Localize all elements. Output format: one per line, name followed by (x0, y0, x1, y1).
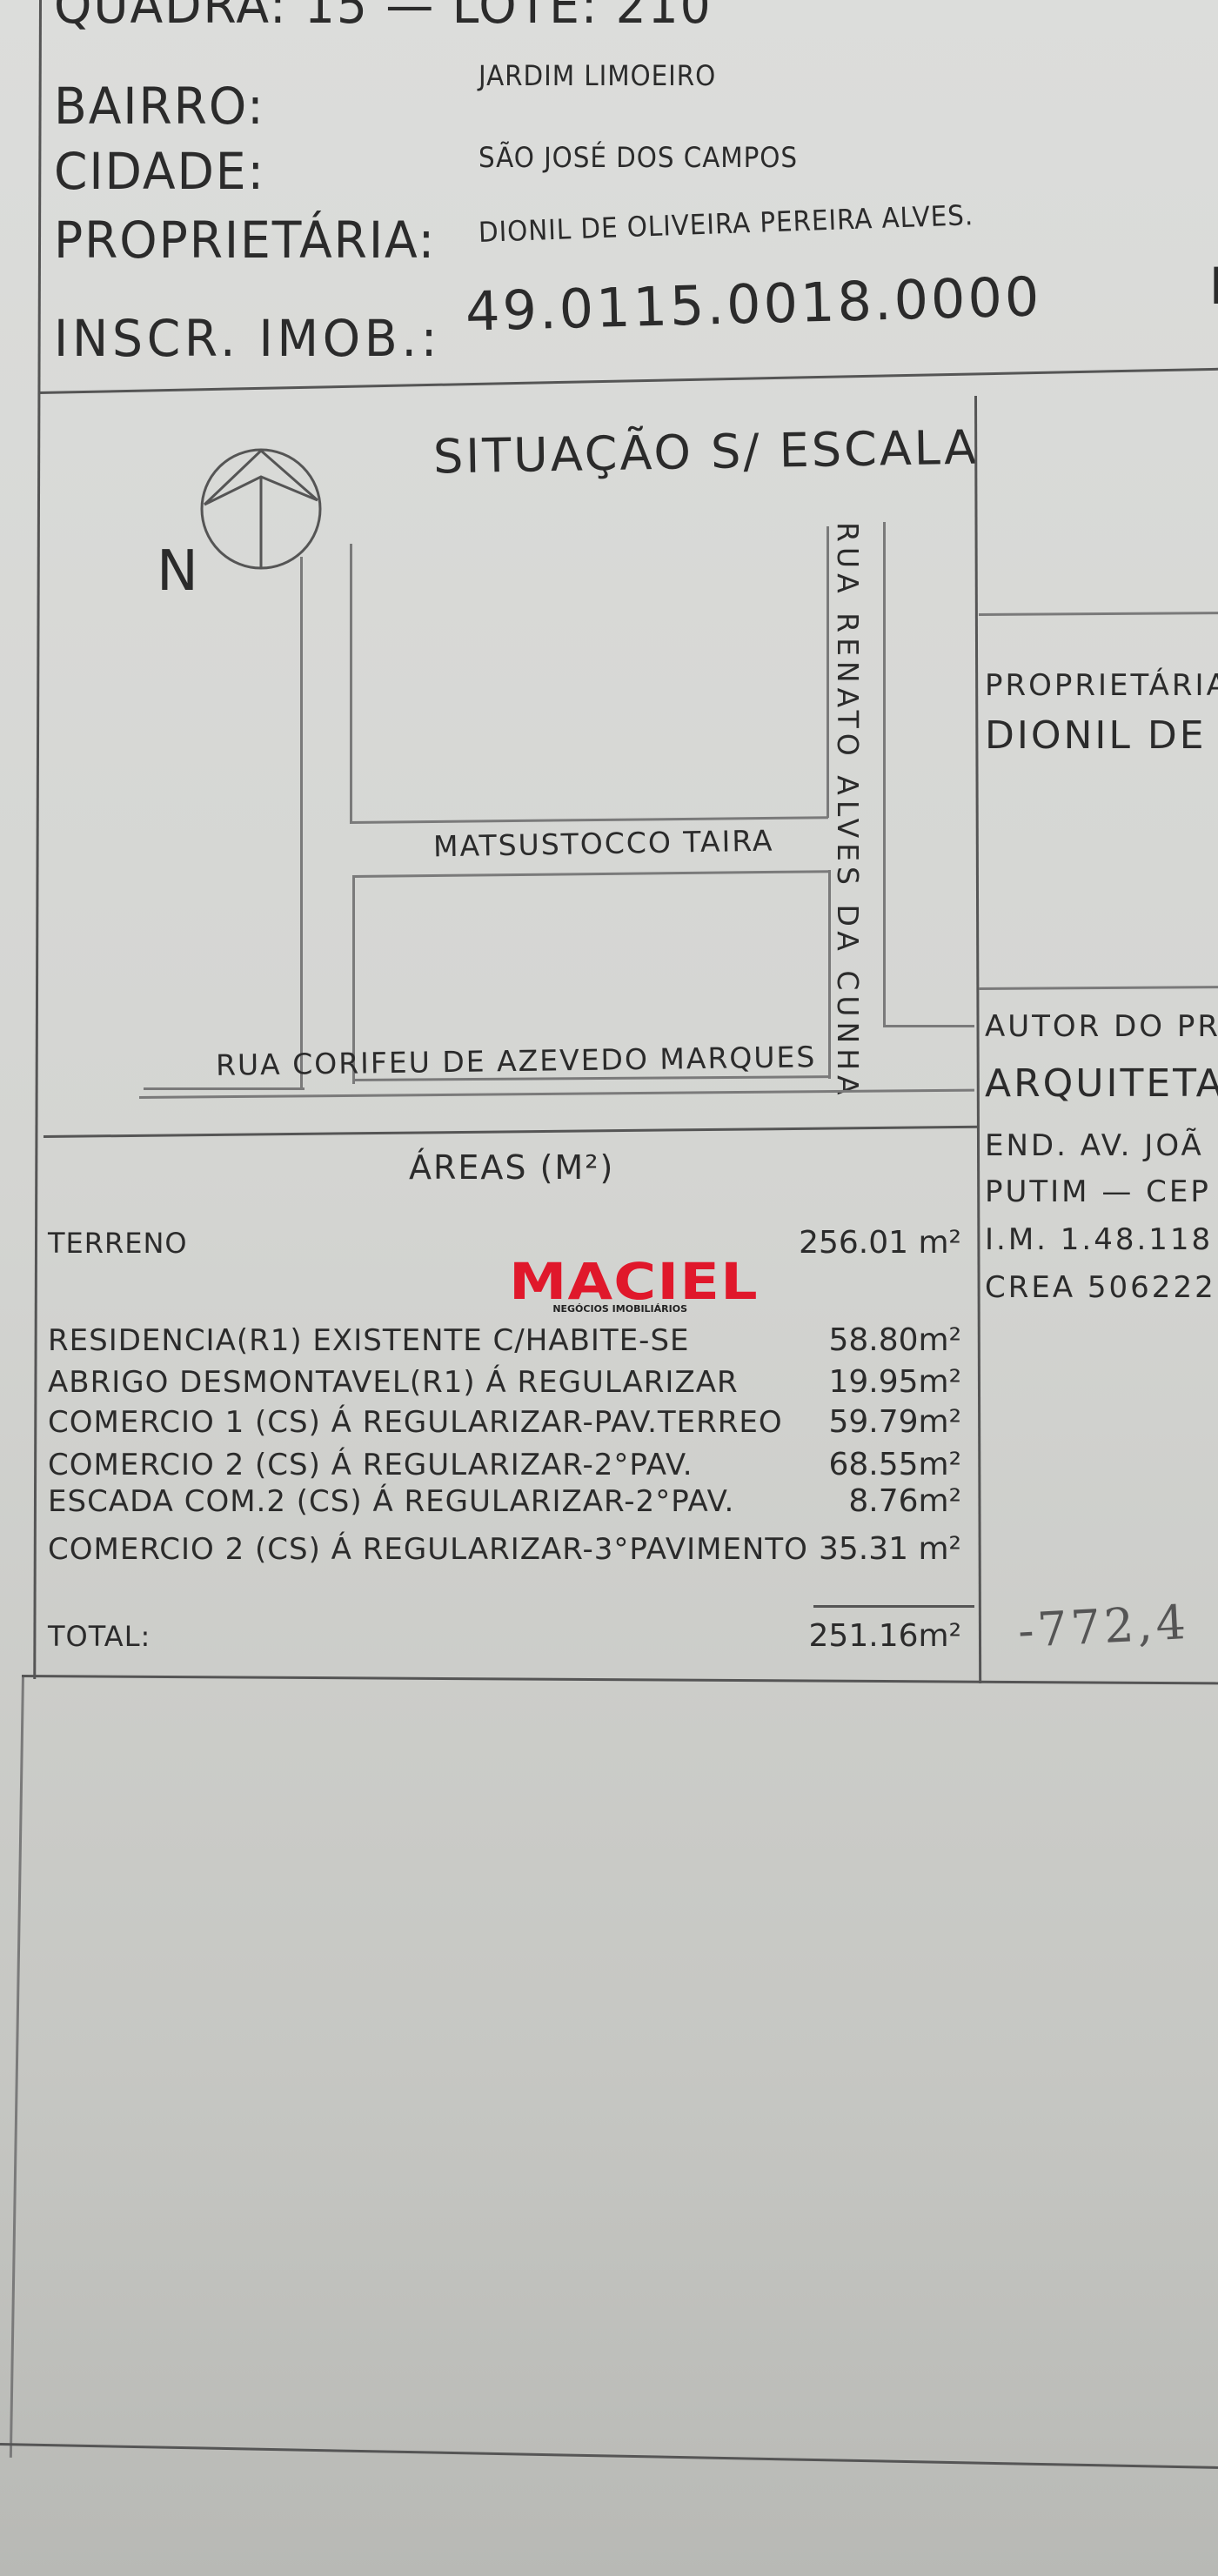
terreno-value: 256.01 m² (799, 1225, 961, 1261)
right-col-divider-1 (979, 612, 1218, 616)
area-row: RESIDENCIA(R1) EXISTENTE C/HABITE-SE58.8… (48, 1322, 961, 1361)
inscr-imob-value: 49.0115.0018.0000 (465, 264, 1042, 343)
plan-line-block1-left (350, 544, 352, 822)
maciel-brand: MACIEL (509, 1260, 734, 1303)
bairro-value: JARDIM LIMOEIRO (478, 59, 716, 92)
area-row-value: 68.55m² (828, 1447, 961, 1482)
proprietaria-value: DIONIL DE OLIVEIRA PEREIRA ALVES. (478, 198, 974, 249)
plan-line-block1-right (826, 526, 829, 818)
header-divider (39, 368, 1218, 394)
area-row-label: COMERCIO 2 (CS) Á REGULARIZAR-3°PAVIMENT… (48, 1532, 808, 1567)
plan-line-block2-top (352, 870, 831, 878)
area-row-label: COMERCIO 1 (CS) Á REGULARIZAR-PAV.TERREO (48, 1405, 783, 1440)
total-row: TOTAL: 251.16m² (48, 1618, 961, 1656)
north-label: N (157, 539, 198, 604)
quadra-lote-label: QUADRA: 15 — LOTE: 210 (54, 0, 713, 35)
area-row: ESCADA COM.2 (CS) Á REGULARIZAR-2°PAV.8.… (48, 1483, 961, 1522)
area-row: ABRIGO DESMONTAVEL(R1) Á REGULARIZAR19.9… (48, 1364, 961, 1402)
total-underline (813, 1605, 974, 1608)
right-col-divider-2 (979, 986, 1218, 990)
plan-line-bottom-upper (144, 1087, 304, 1090)
cidade-value: SÃO JOSÉ DOS CAMPOS (478, 141, 798, 174)
plan-line-right-outer (883, 522, 886, 1027)
areas-title: ÁREAS (M²) (409, 1148, 614, 1187)
right-end: END. AV. JOÃ (985, 1128, 1204, 1163)
column-divider (974, 396, 981, 1683)
plan-line-right-bottom (883, 1025, 974, 1027)
area-row-value: 35.31 m² (819, 1531, 961, 1567)
area-row-value: 8.76m² (848, 1483, 961, 1519)
handwritten-note: -772,4 (1016, 1595, 1190, 1658)
proprietaria-label: PROPRIETÁRIA: (54, 211, 436, 270)
lower-left-border-line (10, 1675, 24, 2458)
right-im: I.M. 1.48.118 (985, 1222, 1213, 1257)
right-putim: PUTIM — CEP (985, 1174, 1211, 1209)
total-value: 251.16m² (809, 1618, 961, 1654)
left-border-line (33, 0, 42, 1679)
area-row: COMERCIO 2 (CS) Á REGULARIZAR-2°PAV.68.5… (48, 1447, 961, 1485)
plan-line-left-outer (300, 557, 303, 1087)
areas-bottom-line (22, 1675, 1218, 1684)
area-row-value: 59.79m² (828, 1404, 961, 1440)
north-arrow-icon (196, 444, 326, 574)
right-proprietaria-value: DIONIL DE (985, 713, 1207, 758)
street-matsustocco-taira: MATSUSTOCCO TAIRA (433, 824, 774, 864)
area-row-value: 58.80m² (828, 1322, 961, 1358)
bairro-label: BAIRRO: (54, 77, 265, 136)
area-row-label: ABRIGO DESMONTAVEL(R1) Á REGULARIZAR (48, 1365, 739, 1400)
areas-divider (43, 1126, 979, 1138)
right-proprietaria-label: PROPRIETÁRIA (985, 668, 1218, 703)
inscr-imob-label: INSCR. IMOB.: (54, 309, 441, 368)
right-autor-label: AUTOR DO PR (985, 1009, 1218, 1044)
plan-line-block1-bottom (350, 816, 828, 824)
sheet-bottom-line (0, 2443, 1218, 2469)
area-row-value: 19.95m² (828, 1364, 961, 1400)
right-arquiteta: ARQUITETA (985, 1061, 1218, 1106)
area-row: COMERCIO 1 (CS) Á REGULARIZAR-PAV.TERREO… (48, 1404, 961, 1442)
north-arrow (196, 444, 326, 574)
street-renato-alves-da-cunha: RUA RENATO ALVES DA CUNHA (831, 522, 865, 1101)
cidade-label: CIDADE: (54, 142, 265, 201)
area-row-label: RESIDENCIA(R1) EXISTENTE C/HABITE-SE (48, 1323, 690, 1358)
area-row-label: ESCADA COM.2 (CS) Á REGULARIZAR-2°PAV. (48, 1484, 734, 1519)
situacao-title: SITUAÇÃO S/ ESCALA (432, 420, 979, 485)
area-row-label: COMERCIO 2 (CS) Á REGULARIZAR-2°PAV. (48, 1448, 693, 1482)
terreno-label: TERRENO (48, 1227, 188, 1260)
total-label: TOTAL: (48, 1620, 151, 1653)
right-edge-fragment: E (1209, 257, 1218, 316)
area-row: COMERCIO 2 (CS) Á REGULARIZAR-3°PAVIMENT… (48, 1531, 961, 1569)
maciel-watermark: MACIEL NEGÓCIOS IMOBILIÁRIOS (509, 1260, 705, 1315)
terreno-row: TERRENO 256.01 m² (48, 1225, 961, 1263)
right-crea: CREA 506222 (985, 1270, 1216, 1305)
